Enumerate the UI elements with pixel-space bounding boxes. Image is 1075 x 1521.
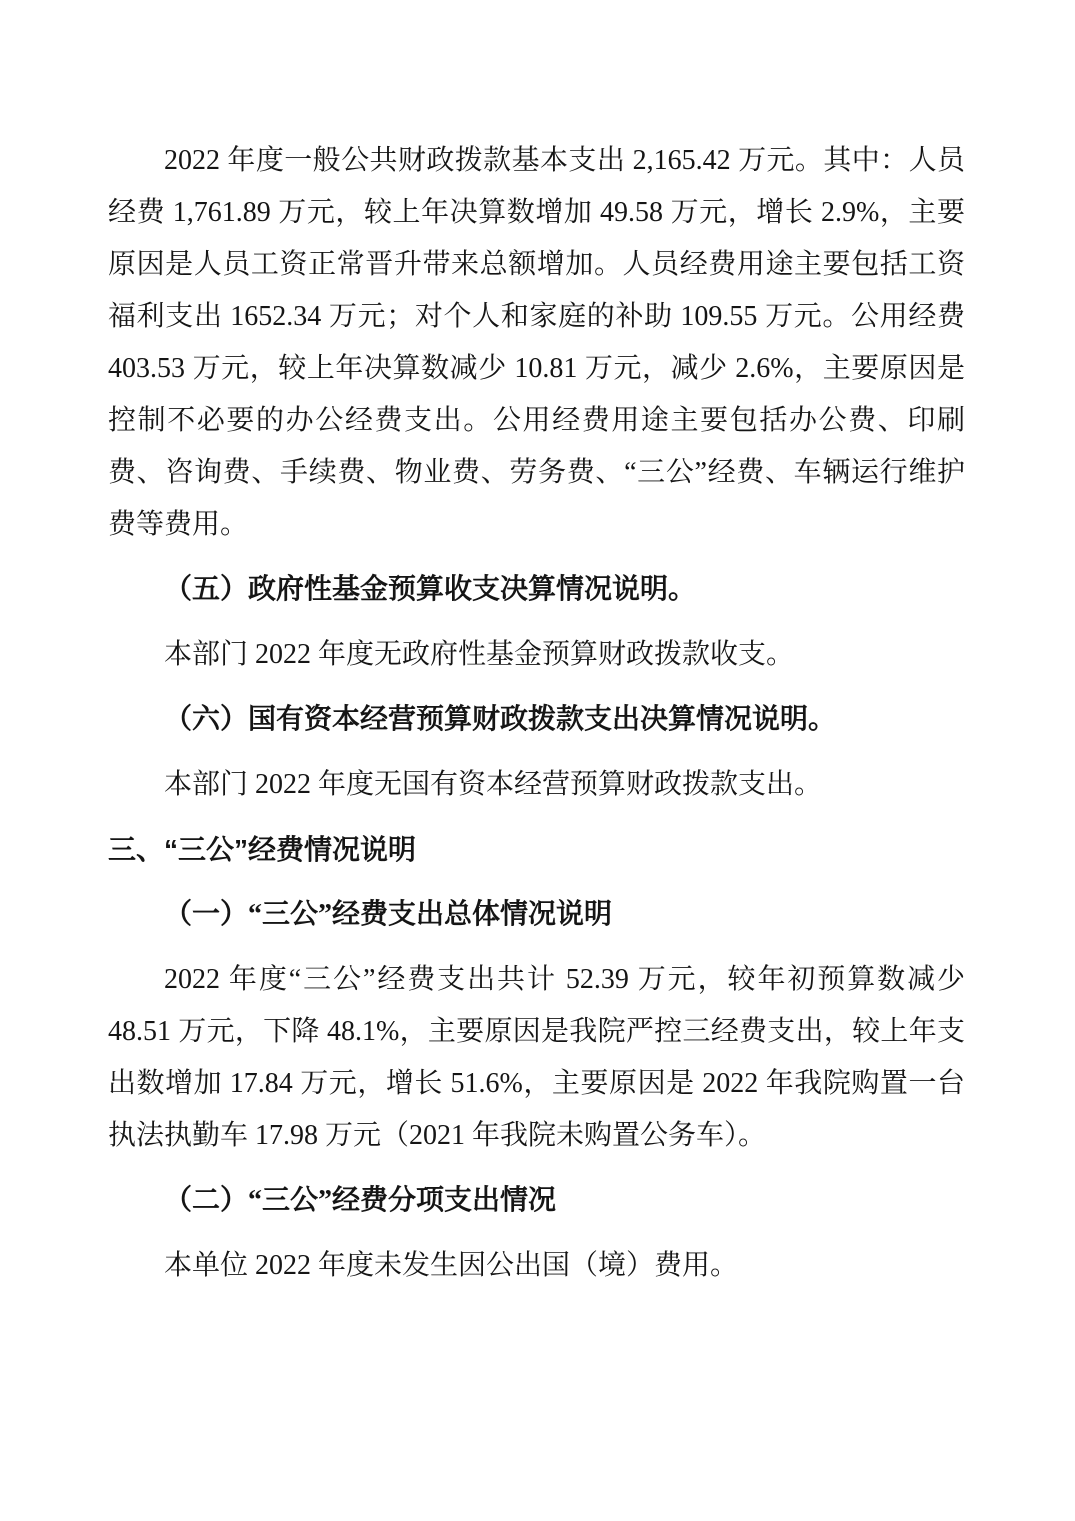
paragraph-three-public-expenses-overall: 2022 年度“三公”经费支出共计 52.39 万元，较年初预算数减少 48.5… xyxy=(108,954,965,1162)
paragraph-no-government-fund-budget: 本部门 2022 年度无政府性基金预算财政拨款收支。 xyxy=(108,629,965,681)
document-page: 2022 年度一般公共财政拨款基本支出 2,165.42 万元。其中：人员经费 … xyxy=(0,0,1075,1521)
heading-section-6-state-capital-budget: （六）国有资本经营预算财政拨款支出决算情况说明。 xyxy=(108,694,965,746)
heading-chapter-3-three-public-expenses: 三、“三公”经费情况说明 xyxy=(108,824,965,876)
heading-subsection-2-itemized-expenditure: （二）“三公”经费分项支出情况 xyxy=(108,1175,965,1227)
heading-section-5-government-fund-budget: （五）政府性基金预算收支决算情况说明。 xyxy=(108,564,965,616)
heading-subsection-1-overall-expenditure: （一）“三公”经费支出总体情况说明 xyxy=(108,889,965,941)
paragraph-general-public-budget-basic-expenditure: 2022 年度一般公共财政拨款基本支出 2,165.42 万元。其中：人员经费 … xyxy=(108,135,965,551)
paragraph-no-overseas-travel-expense: 本单位 2022 年度未发生因公出国（境）费用。 xyxy=(108,1240,965,1292)
paragraph-no-state-capital-budget: 本部门 2022 年度无国有资本经营预算财政拨款支出。 xyxy=(108,759,965,811)
